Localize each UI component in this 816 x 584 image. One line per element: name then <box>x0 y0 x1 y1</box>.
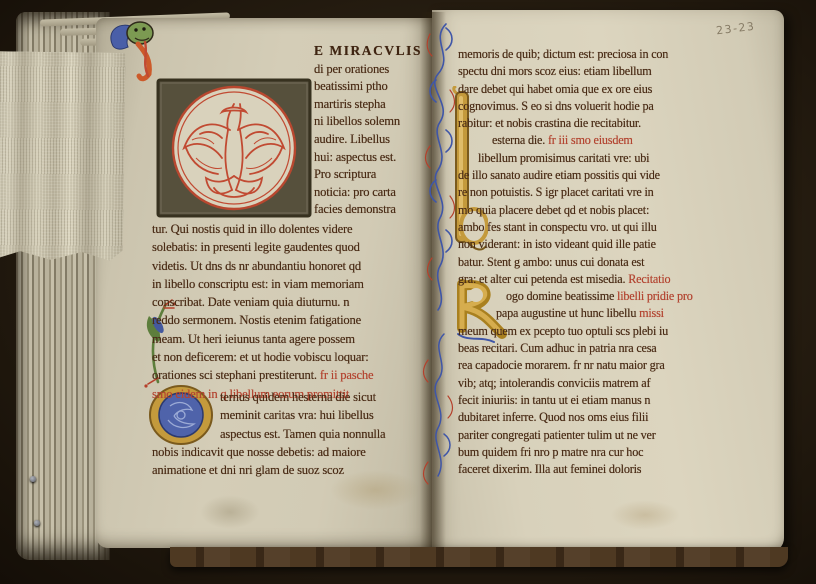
manuscript-text-line: audire. Libellus <box>314 131 430 149</box>
left-page-lower-text: ternus quidem hesterna die sicutmeminit … <box>152 388 434 479</box>
manuscript-text-line: papa augustine ut hunc libellu missi <box>496 305 744 322</box>
manuscript-text-line: spectu dni mors scoz eius: etiam libellu… <box>458 63 744 80</box>
manuscript-text-line: facies demonstra <box>314 201 430 219</box>
manuscript-text-line: in libello conscriptu est: in viam memor… <box>152 275 432 293</box>
manuscript-text-line: reddo sermonem. Nostis etenim fatigation… <box>152 311 432 329</box>
manuscript-text-line: bum quidem fri nro p matre nra cur hoc <box>458 444 744 461</box>
manuscript-text-line: rea capadocie morarem. fr nr natu maior … <box>458 357 744 374</box>
binding-rivet <box>34 520 40 526</box>
book-fore-edge <box>170 547 788 567</box>
manuscript-text-line: Pro scriptura <box>314 166 430 184</box>
manuscript-text-line: ternus quidem hesterna die sicut <box>220 388 434 406</box>
manuscript-text-line: fecit iniuriis: in tantu ut ei etiam man… <box>458 392 744 409</box>
manuscript-text-line: vib; atq; intolerandis conviciis matrem … <box>458 375 744 392</box>
manuscript-text-line: E MIRACVLIS <box>314 42 430 61</box>
manuscript-text-line: noticia: pro carta <box>314 184 430 202</box>
manuscript-text-line: meam. Ut heri ieiunus tanta agere possem <box>152 330 432 348</box>
manuscript-text-line: batur. Stent g ambo: unus cui donata est <box>458 254 744 271</box>
manuscript-text-line: martiris stepha <box>314 96 430 114</box>
manuscript-text-line: hui: aspectus est. <box>314 149 430 167</box>
cloth-bookmark <box>0 51 125 261</box>
manuscript-text-line: esterna die. fr iii smo eiusdem <box>492 132 744 149</box>
manuscript-text-line: meminit caritas vra: hui libellus <box>220 406 434 424</box>
manuscript-text-line: aspectus est. Tamen quia nonnulla <box>220 425 434 443</box>
manuscript-text-line: dare debet qui habet omia que ex ore eiu… <box>458 81 744 98</box>
manuscript-text-line: beatissimi ptho <box>314 78 430 96</box>
manuscript-text-line: memoris de quib; dictum est: preciosa in… <box>458 46 744 63</box>
manuscript-text-line: de illo sanato audire etiam possitis qui… <box>458 167 744 184</box>
left-page-column-text: E MIRACVLISdi per orationesbeatissimi pt… <box>314 42 430 219</box>
binding-rivet <box>30 476 36 482</box>
manuscript-text-line: tur. Qui nostis quid in illo dolentes vi… <box>152 220 432 238</box>
left-page-body-text: tur. Qui nostis quid in illo dolentes vi… <box>152 220 432 403</box>
manuscript-text-line: rabitur: et nobis crastina die recitabit… <box>458 115 744 132</box>
manuscript-text-line: solebatis: in presenti legite gaudentes … <box>152 238 432 256</box>
manuscript-text-line: ambo fes stant in conspectu vro. ut qui … <box>458 219 744 236</box>
manuscript-text-line: mo quia placere debet qd et nobis placet… <box>458 202 744 219</box>
illuminated-initial-d <box>156 78 312 218</box>
manuscript-text-line: et non deficerem: et ut hodie vobiscu lo… <box>152 348 432 366</box>
manuscript-text-line: gra: et alter cui petenda est misedia. R… <box>458 271 744 288</box>
manuscript-text-line: videtis. Ut dns ds nr abundantiu honoret… <box>152 257 432 275</box>
manuscript-text-line: animatione et dni nri glam de suoz scoz <box>152 461 434 479</box>
manuscript-text-line: ogo domine beatissime libelli pridie pro <box>506 288 744 305</box>
manuscript-text-line: faceret dixerim. Illa aut feminei dolori… <box>458 461 744 478</box>
manuscript-text-line: ni libellos solemn <box>314 113 430 131</box>
manuscript-text-line: re non potuistis. S igr placet caritati … <box>458 184 744 201</box>
manuscript-text-line: libellum promisimus caritati vre: ubi <box>478 150 744 167</box>
manuscript-text-line: dubitaret inferre. Quod nos oms eius fil… <box>458 409 744 426</box>
manuscript-text-line: orationes sci stephani prestiterunt. fr … <box>152 366 432 384</box>
right-page-text: memoris de quib; dictum est: preciosa in… <box>458 46 744 478</box>
manuscript-text-line: non viderant: in isto videant quid ille … <box>458 236 744 253</box>
manuscript-text-line: di per orationes <box>314 61 430 79</box>
manuscript-text-line: pariter congregati patienter tulim ut ne… <box>458 427 744 444</box>
manuscript-text-line: nobis indicavit que nosse debetis: ad ma… <box>152 443 434 461</box>
manuscript-text-line: conscribat. Date veniam quia diuturnu. n <box>152 293 432 311</box>
manuscript-text-line: beas recitari. Cum adhuc in patria nra c… <box>458 340 744 357</box>
manuscript-text-line: meum quem ex pcepto tuo optuli scs plebi… <box>458 323 744 340</box>
manuscript-photo: E MIRACVLISdi per orationesbeatissimi pt… <box>0 0 816 584</box>
manuscript-text-line: cognovimus. S eo si dns voluerit hodie p… <box>458 98 744 115</box>
